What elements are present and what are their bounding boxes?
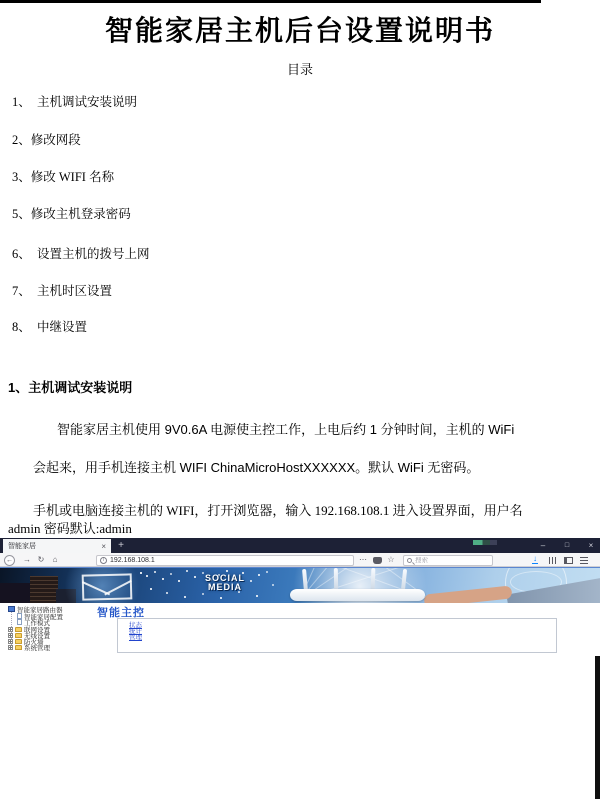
window-close-icon[interactable]: × bbox=[582, 538, 600, 553]
toc-item-3: 3、修改 WIFI 名称 bbox=[12, 167, 114, 185]
back-icon[interactable]: ← bbox=[4, 555, 15, 566]
toc-item-6: 6、 设置主机的拨号上网 bbox=[12, 244, 150, 262]
document-icon bbox=[17, 619, 22, 625]
page-actions-icon[interactable]: ⋯ bbox=[357, 553, 369, 567]
reload-icon[interactable]: ↻ bbox=[35, 553, 47, 567]
envelope-icon bbox=[82, 573, 133, 600]
icon-cloud bbox=[140, 572, 142, 574]
url-bar[interactable]: i 192.168.108.1 bbox=[96, 555, 354, 566]
browser-screenshot: 智能家居 × + – □ × ← → ↻ ⌂ i 192.168.108.1 ⋯… bbox=[0, 538, 600, 799]
sidebar-toggle-icon[interactable] bbox=[564, 557, 573, 564]
bookmark-star-icon[interactable]: ☆ bbox=[385, 553, 397, 567]
toc-item-8: 8、 中继设置 bbox=[12, 317, 87, 335]
expander-icon[interactable] bbox=[8, 633, 13, 638]
browser-toolbar: ← → ↻ ⌂ i 192.168.108.1 ⋯ ☆ ↓ bbox=[0, 553, 600, 567]
folder-icon bbox=[15, 639, 22, 644]
toc-item-1: 1、 主机调试安装说明 bbox=[12, 92, 137, 110]
expander-icon[interactable] bbox=[8, 645, 13, 650]
router-illustration bbox=[290, 589, 425, 601]
toc-item-5: 5、修改主机登录密码 bbox=[12, 204, 131, 222]
maximize-icon[interactable]: □ bbox=[558, 538, 576, 553]
paragraph-line: 智能家居主机使用 9V0.6A 电源使主控工作，上电后约 1 分钟时间，主机的 … bbox=[57, 419, 514, 438]
browser-tab[interactable]: 智能家居 × bbox=[3, 539, 111, 553]
sidebar-item-system-management[interactable]: 系统管理 bbox=[8, 644, 50, 650]
router-antenna bbox=[334, 568, 338, 590]
folder-icon bbox=[15, 645, 22, 650]
info-icon[interactable]: i bbox=[100, 557, 107, 564]
new-tab-icon[interactable]: + bbox=[114, 538, 128, 553]
home-icon[interactable]: ⌂ bbox=[49, 553, 61, 567]
search-icon bbox=[407, 558, 412, 563]
top-black-bar bbox=[0, 0, 541, 3]
building-silhouette bbox=[0, 583, 34, 603]
tab-close-icon[interactable]: × bbox=[101, 542, 106, 551]
minimize-icon[interactable]: – bbox=[534, 538, 552, 553]
menu-icon[interactable] bbox=[580, 557, 588, 564]
links-panel: 状态 统计 管理 bbox=[117, 618, 557, 653]
computer-icon bbox=[8, 606, 15, 612]
expander-icon[interactable] bbox=[8, 627, 13, 632]
tab-title: 智能家居 bbox=[8, 541, 101, 551]
toc-item-2: 2、修改网段 bbox=[12, 130, 81, 148]
search-input[interactable] bbox=[415, 557, 489, 564]
paragraph-line: 手机或电脑连接主机的 WIFI，打开浏览器，输入 192.168.108.1 进… bbox=[33, 500, 523, 519]
titlebar-artifact bbox=[473, 540, 497, 545]
page-title: 智能家居主机后台设置说明书 bbox=[0, 9, 600, 49]
right-edge-strip bbox=[595, 656, 600, 799]
folder-icon bbox=[15, 627, 22, 632]
manual-page: 智能家居主机后台设置说明书 目录 1、 主机调试安装说明 2、修改网段 3、修改… bbox=[0, 0, 600, 799]
search-bar[interactable] bbox=[403, 555, 493, 566]
toc-item-7: 7、 主机时区设置 bbox=[12, 281, 112, 299]
router-antenna bbox=[371, 568, 376, 590]
paragraph-line: admin 密码默认:admin bbox=[8, 518, 132, 537]
section-heading: 1、主机调试安装说明 bbox=[8, 377, 132, 396]
paragraph-line: 会起来，用手机连接主机 WIFI ChinaMicroHostXXXXXX。默认… bbox=[33, 457, 479, 476]
folder-icon bbox=[15, 633, 22, 638]
expander-icon[interactable] bbox=[8, 639, 13, 644]
download-icon[interactable]: ↓ bbox=[532, 553, 544, 565]
library-icon[interactable] bbox=[549, 557, 557, 564]
toc-heading: 目录 bbox=[0, 59, 600, 78]
browser-titlebar: 智能家居 × + – □ × bbox=[0, 538, 600, 553]
link-manage[interactable]: 管理 bbox=[129, 635, 142, 641]
pocket-icon[interactable] bbox=[373, 557, 382, 564]
url-text: 192.168.108.1 bbox=[110, 557, 155, 564]
forward-icon[interactable]: → bbox=[21, 553, 33, 567]
banner-image: SOCIAL MEDIA bbox=[0, 567, 600, 603]
